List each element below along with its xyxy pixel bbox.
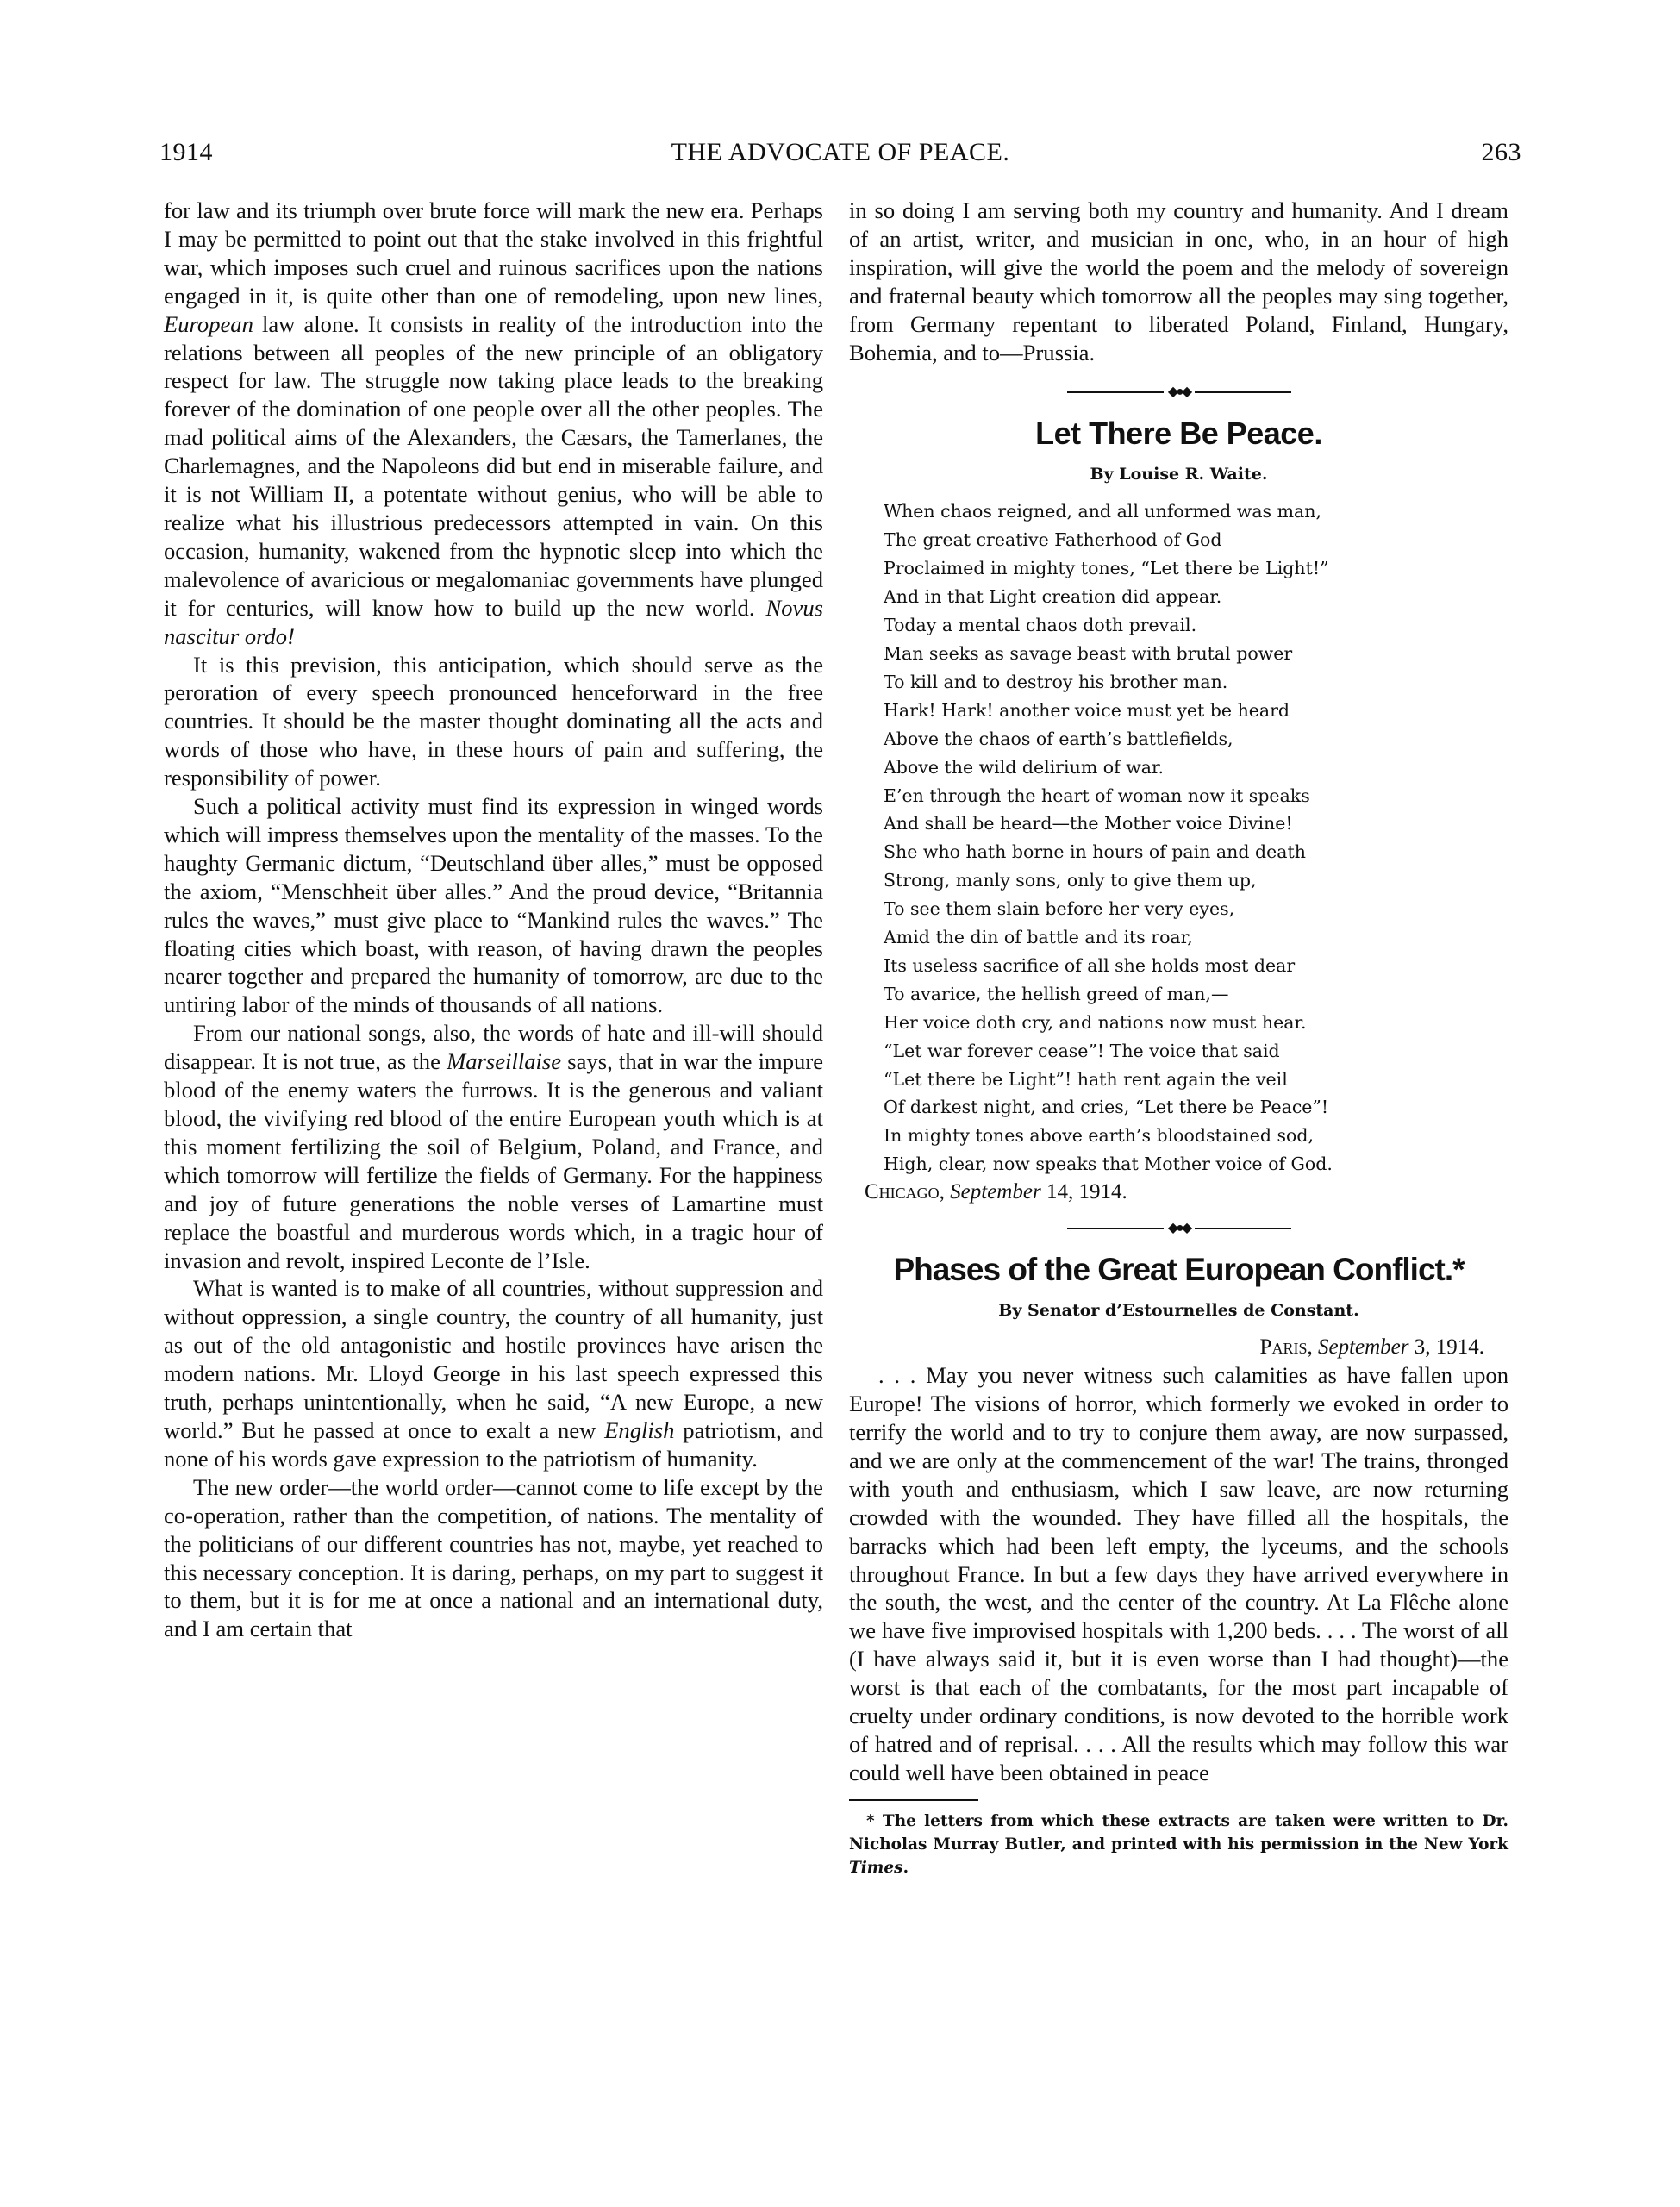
body-paragraph: What is wanted is to make of all countri…: [164, 1274, 823, 1472]
text-run: Such a political activity must find its …: [164, 793, 823, 1017]
text-run: in so doing I am serving both my country…: [849, 197, 1508, 366]
poem-line: Hark! Hark! another voice must yet be he…: [884, 697, 1508, 725]
divider-line-left: [1067, 391, 1164, 393]
body-paragraph: for law and its triumph over brute force…: [164, 197, 823, 651]
divider-line-right: [1195, 1228, 1291, 1229]
poem-line: When chaos reigned, and all unformed was…: [884, 497, 1508, 526]
poem-line: E’en through the heart of woman now it s…: [884, 782, 1508, 810]
poem-line: “Let there be Light”! hath rent again th…: [884, 1066, 1508, 1094]
footnote-end: .: [903, 1859, 909, 1877]
poem-line: In mighty tones above earth’s bloodstain…: [884, 1122, 1508, 1150]
poem-line: To avarice, the hellish greed of man,—: [884, 980, 1508, 1009]
body-paragraph: Such a political activity must find its …: [164, 792, 823, 1019]
poem-line: To kill and to destroy his brother man.: [884, 668, 1508, 697]
poem-line: Above the wild delirium of war.: [884, 753, 1508, 782]
footnote-rule: [849, 1799, 978, 1801]
diamond-dot-ornament-icon: ◆●◆: [1168, 385, 1190, 400]
dateline-month: September: [1318, 1335, 1409, 1359]
dateline-place: Paris,: [1260, 1335, 1313, 1359]
text-run: law alone. It consists in reality of the…: [164, 311, 823, 621]
ornamental-divider: ◆●◆: [1067, 382, 1291, 403]
dateline-place: Chicago,: [865, 1180, 945, 1204]
divider-line-right: [1195, 391, 1291, 393]
article-dateline: Paris, September 3, 1914.: [849, 1334, 1508, 1361]
continuation-paragraph: in so doing I am serving both my country…: [849, 197, 1508, 366]
footnote-italic: Times: [849, 1859, 903, 1877]
dateline-day-year: 14, 1914.: [1046, 1180, 1127, 1204]
italic-text: European: [164, 311, 253, 337]
poem-line: And shall be heard—the Mother voice Divi…: [884, 810, 1508, 838]
text-run: for law and its triumph over brute force…: [164, 197, 823, 309]
diamond-dot-ornament-icon: ◆●◆: [1168, 1221, 1190, 1236]
body-paragraph: From our national songs, also, the words…: [164, 1019, 823, 1274]
poem-line: And in that Light creation did appear.: [884, 583, 1508, 611]
poem-line: Of darkest night, and cries, “Let there …: [884, 1093, 1508, 1122]
left-column: for law and its triumph over brute force…: [164, 197, 823, 1643]
poem-line: The great creative Fatherhood of God: [884, 526, 1508, 554]
footnote-text: The letters from which these extracts ar…: [849, 1812, 1508, 1854]
poem-line: Man seeks as savage beast with brutal po…: [884, 640, 1508, 668]
poem-line: Strong, manly sons, only to give them up…: [884, 866, 1508, 895]
poem-line: Proclaimed in mighty tones, “Let there b…: [884, 554, 1508, 583]
poem-line: “Let war forever cease”! The voice that …: [884, 1037, 1508, 1066]
right-column: in so doing I am serving both my country…: [849, 197, 1508, 1879]
text-run: The new order—the world order—cannot com…: [164, 1474, 823, 1642]
poem-line: Above the chaos of earth’s battlefields,: [884, 725, 1508, 753]
poem-line: Today a mental chaos doth prevail.: [884, 611, 1508, 640]
ornamental-divider: ◆●◆: [1067, 1218, 1291, 1239]
poem-line: High, clear, now speaks that Mother voic…: [884, 1150, 1508, 1179]
page-header: 1914 THE ADVOCATE OF PEACE. 263: [159, 138, 1521, 181]
poem-title: Let There Be Peace.: [849, 415, 1508, 453]
text-run: says, that in war the impure blood of th…: [164, 1048, 823, 1272]
poem-line: Its useless sacrifice of all she holds m…: [884, 952, 1508, 980]
text-run: It is this prevision, this anticipation,…: [164, 652, 823, 791]
dateline-month: September: [950, 1180, 1041, 1204]
footnote: * The letters from which these extracts …: [849, 1810, 1508, 1879]
poem-line: She who hath borne in hours of pain and …: [884, 838, 1508, 866]
poem-body: When chaos reigned, and all unformed was…: [849, 497, 1508, 1179]
article-title: Phases of the Great European Conflict.*: [849, 1251, 1508, 1289]
body-paragraph: It is this prevision, this anticipation,…: [164, 651, 823, 793]
poem-byline: By Louise R. Waite.: [849, 461, 1508, 487]
italic-text: English: [604, 1417, 674, 1443]
footnote-marker: *: [849, 1812, 875, 1830]
poem-dateline: Chicago, September 14, 1914.: [849, 1179, 1508, 1206]
article-body: . . . May you never witness such calamit…: [849, 1361, 1508, 1787]
page-number: 263: [1482, 138, 1522, 167]
divider-line-left: [1067, 1228, 1164, 1229]
journal-title: THE ADVOCATE OF PEACE.: [159, 138, 1521, 167]
dateline-day-year: 3, 1914.: [1415, 1335, 1484, 1359]
body-paragraph: The new order—the world order—cannot com…: [164, 1473, 823, 1643]
article-byline: By Senator d’Estournelles de Constant.: [849, 1297, 1508, 1323]
poem-line: Her voice doth cry, and nations now must…: [884, 1009, 1508, 1037]
poem-line: Amid the din of battle and its roar,: [884, 923, 1508, 952]
poem-line: To see them slain before her very eyes,: [884, 895, 1508, 923]
italic-text: Marseillaise: [447, 1048, 561, 1074]
